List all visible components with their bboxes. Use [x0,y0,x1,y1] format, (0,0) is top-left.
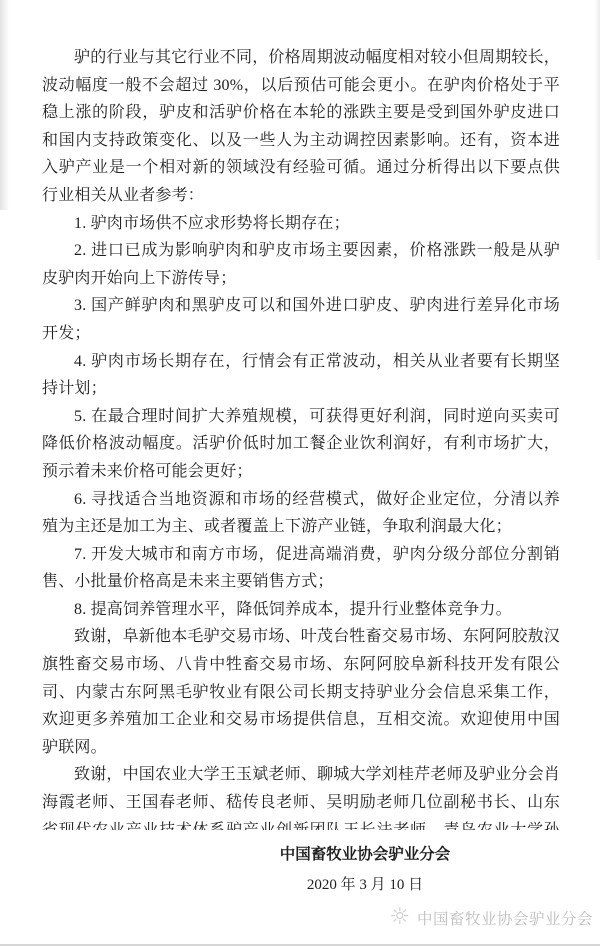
body-paragraph: 驴的行业与其它行业不同，价格周期波动幅度相对较小但周期较长，波动幅度一般不会超过… [42,44,560,210]
signature-block: 中国畜牧业协会驴业分会 2020 年 3 月 10 日 [0,845,600,894]
footer-watermark: ☼ 中国畜牧业协会驴业分会 [389,906,593,929]
association-logo-icon: ☼ [389,906,410,929]
body-paragraph: 2. 进口已成为影响驴肉和驴皮市场主要因素，价格涨跌一般是从驴皮驴肉开始向上下游… [42,237,560,292]
body-paragraph: 1. 驴肉市场供不应求形势将长期存在； [42,210,560,238]
body-paragraph: 8. 提高饲养管理水平，降低饲养成本，提升行业整体竞争力。 [42,596,560,624]
body-paragraph: 6. 寻找适合当地资源和市场的经营模式，做好企业定位，分清以养殖为主还是加工为主… [42,486,560,541]
signature-org: 中国畜牧业协会驴业分会 [130,845,600,865]
watermark-text: 中国畜牧业协会驴业分会 [417,907,593,929]
body-paragraph: 3. 国产鲜驴肉和黑驴皮可以和国外进口驴皮、驴肉进行差异化市场开发； [42,292,560,347]
report-body: 驴的行业与其它行业不同，价格周期波动幅度相对较小但周期较长，波动幅度一般不会超过… [42,44,560,830]
body-paragraph: 7. 开发大城市和南方市场，促进高端消费，驴肉分级分部位分割销售、小批量价格高是… [42,541,560,596]
body-paragraph: 致谢，中国农业大学王玉斌老师、聊城大学刘桂芹老师及驴业分会肖海霞老师、王国春老师… [42,761,560,830]
document-page: 驴的行业与其它行业不同，价格周期波动幅度相对较小但周期较长，波动幅度一般不会超过… [0,0,600,946]
signature-date: 2020 年 3 月 10 日 [130,876,600,894]
body-paragraph: 5. 在最合理时间扩大养殖规模，可获得更好利润，同时逆向买卖可降低价格波动幅度。… [42,403,560,486]
body-paragraph: 4. 驴肉市场长期存在，行情会有正常波动，相关从业者要有长期坚持计划； [42,348,560,403]
body-paragraph: 致谢，阜新他本毛驴交易市场、叶茂台牲畜交易市场、东阿阿胶敖汉旗牲畜交易市场、八肯… [42,623,560,761]
